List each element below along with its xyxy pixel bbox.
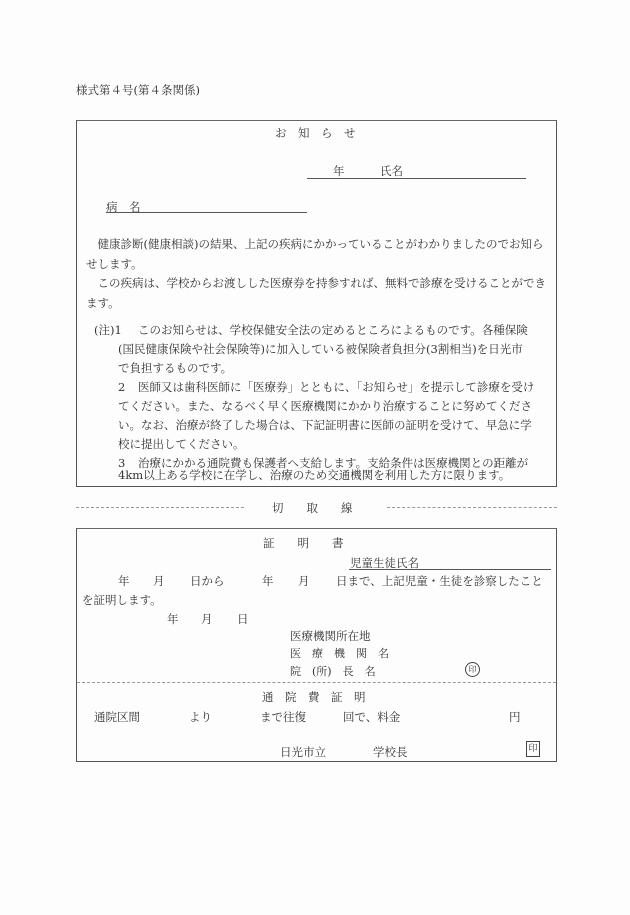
cut-line-label: 切 取 線 <box>272 500 353 516</box>
certificate-title: 証 明 書 <box>263 535 344 551</box>
note-1-line-3: で負担するものです。 <box>118 359 232 379</box>
note-1-line-2: (国民健康保険や社会保険等)に加入している被保険者負担分(3割相当)を日光市 <box>118 340 523 360</box>
city-label: 日光市立 <box>280 744 326 760</box>
cert-date-year: 年 <box>167 611 179 627</box>
commute-title: 通 院 費 証 明 <box>262 689 366 705</box>
commute-from-label: より <box>189 709 212 725</box>
cert-date-day: 日 <box>237 611 249 627</box>
cert-date-month: 月 <box>201 611 213 627</box>
institution-address-label: 医療機関所在地 <box>290 628 371 644</box>
note-2-line-4: 校に提出してください。 <box>118 435 245 455</box>
commute-times-label: 回で、料金 <box>343 709 400 725</box>
period-day-until: 日まで、上記児童・生徒を診察したこと <box>336 573 543 589</box>
note-2-line-2: てください。また、なるべく早く医療機関にかかり治療することに努めてくださ <box>118 397 532 417</box>
commute-yen-label: 円 <box>509 709 521 725</box>
institution-name-label: 医 療 機 関 名 <box>290 645 389 661</box>
period-month-1: 月 <box>153 573 165 589</box>
certificate-student-name-field[interactable] <box>349 569 551 570</box>
principal-label: 学校長 <box>373 744 408 760</box>
note-2-line-3: い。なお、治療が終了した場合は、下記証明書に医師の証明を受けて、早急に学 <box>118 416 532 436</box>
note-3-line-2: 4km以上ある学校に在学し、治療のため交通機関を利用した方に限ります。 <box>118 466 510 486</box>
note-2-number: 2 <box>118 378 125 398</box>
principal-seal-icon: 印 <box>526 741 540 757</box>
doctor-seal-icon: 印 <box>465 662 480 677</box>
cut-line-left <box>76 507 244 508</box>
student-name-field[interactable] <box>307 178 526 179</box>
period-year-1: 年 <box>118 573 130 589</box>
cut-line-right <box>387 507 557 508</box>
grade-label: 年 <box>333 163 345 179</box>
name-label: 氏名 <box>380 163 403 179</box>
period-month-2: 月 <box>298 573 310 589</box>
period-day-from: 日から <box>190 573 225 589</box>
notice-paragraph-2: この疾病は、学校からお渡しした医療券を持参すれば、無料で診療を受けることができま… <box>86 274 548 313</box>
notice-title: お 知 ら せ <box>275 125 356 141</box>
note-2-line-1: 医師又は歯科医師に「医療券」とともに、「お知らせ」を提示して診療を受け <box>138 378 534 398</box>
commute-round-trip-label: まで往復 <box>260 709 306 725</box>
period-year-2: 年 <box>262 573 274 589</box>
notes-prefix: (注)1 <box>94 321 122 341</box>
certificate-divider <box>77 682 556 683</box>
commute-section-label: 通院区間 <box>94 709 140 725</box>
note-1-line-1: このお知らせは、学校保健安全法の定めるところによるものです。各種保険 <box>138 321 528 341</box>
director-name-label: 院 (所) 長 名 <box>290 663 376 679</box>
disease-name-field[interactable] <box>106 212 307 213</box>
form-number: 様式第４号(第４条関係) <box>76 82 200 98</box>
notice-paragraph-1: 健康診断(健康相談)の結果、上記の疾病にかかっていることがわかりましたのでお知ら… <box>86 235 548 274</box>
period-line-2: を証明します。 <box>82 592 162 608</box>
